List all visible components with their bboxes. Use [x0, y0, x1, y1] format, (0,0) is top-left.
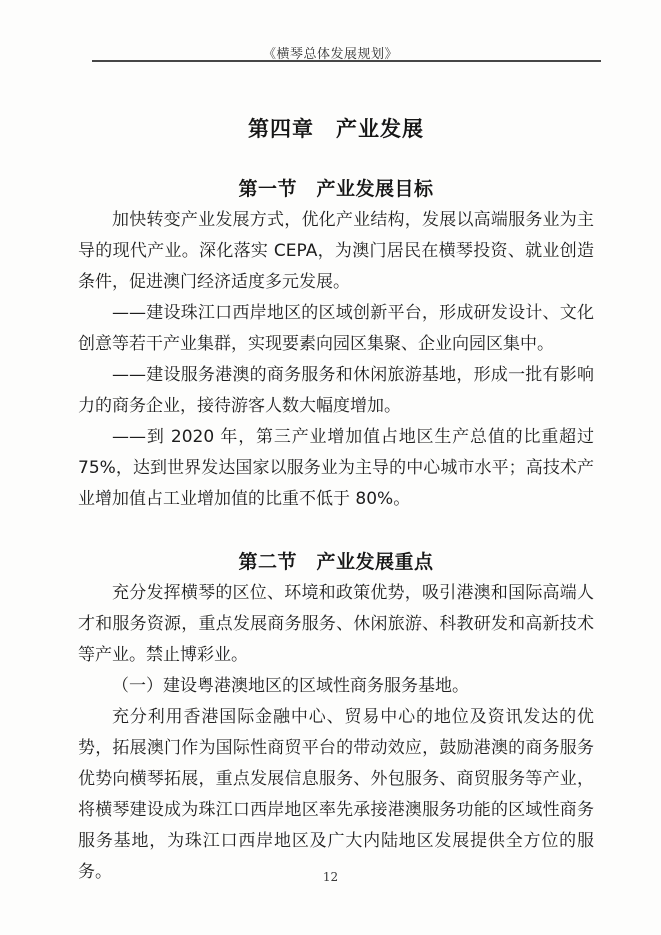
section-2-paragraph-3: 充分利用香港国际金融中心、贸易中心的地位及资讯发达的优势，拓展澳门作为国际性商贸… — [78, 702, 594, 888]
section-2-heading: 第二节 产业发展重点 — [78, 547, 594, 578]
page-number: 12 — [323, 870, 338, 884]
section-1-heading: 第一节 产业发展目标 — [78, 174, 594, 205]
header-rule — [92, 60, 601, 62]
section-1-paragraph-3: ——建设服务港澳的商务服务和休闲旅游基地，形成一批有影响力的商务企业，接待游客人… — [78, 360, 594, 422]
document-page: 《横琴总体发展规划》 第四章 产业发展 第一节 产业发展目标 加快转变产业发展方… — [0, 0, 661, 935]
section-1-paragraph-2: ——建设珠江口西岸地区的区域创新平台，形成研发设计、文化创意等若干产业集群，实现… — [78, 298, 594, 360]
document-body: 第四章 产业发展 第一节 产业发展目标 加快转变产业发展方式，优化产业结构，发展… — [78, 114, 594, 888]
section-2-paragraph-2: （一）建设粤港澳地区的区域性商务服务基地。 — [78, 671, 594, 702]
section-1-paragraph-4: ——到 2020 年，第三产业增加值占地区生产总值的比重超过75%，达到世界发达… — [78, 422, 594, 515]
section-2-paragraph-1: 充分发挥横琴的区位、环境和政策优势，吸引港澳和国际高端人才和服务资源，重点发展商… — [78, 578, 594, 671]
chapter-title: 第四章 产业发展 — [78, 114, 594, 145]
section-1-paragraph-1: 加快转变产业发展方式，优化产业结构，发展以高端服务业为主导的现代产业。深化落实 … — [78, 205, 594, 298]
page-footer: 12 — [0, 866, 661, 885]
